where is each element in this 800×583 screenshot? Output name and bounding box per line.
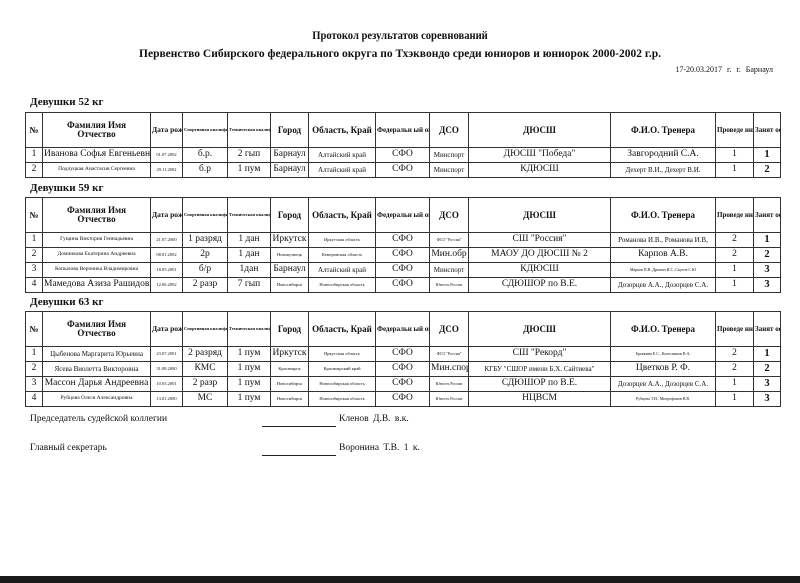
col-header-dso: ДСО: [430, 312, 469, 347]
cell-school: СШ "Россия": [469, 233, 611, 248]
cell-federal: СФО: [376, 278, 430, 293]
col-header-school: ДЮСШ: [469, 312, 611, 347]
col-header-bouts: Проведе нные бои: [716, 113, 754, 148]
cell-federal: СФО: [376, 377, 430, 392]
cell-sport: 2 разр: [183, 278, 228, 293]
cell-name: Копылова Вероника Владимировна: [43, 263, 151, 278]
results-table: №Фамилия ИмяОтчествоДата рожден ияСпорти…: [25, 112, 781, 178]
cell-dso: Мин.спорт: [430, 362, 469, 377]
cell-place: 2: [754, 163, 781, 178]
cell-dso: Минспорт: [430, 263, 469, 278]
cell-region: Алтайский край: [309, 263, 376, 278]
cell-num: 1: [26, 233, 43, 248]
scan-edge: [0, 576, 800, 583]
cell-tech: 1 пум: [228, 362, 271, 377]
cell-federal: СФО: [376, 248, 430, 263]
cell-school: КДЮСШ: [469, 263, 611, 278]
cell-place: 3: [754, 392, 781, 407]
cell-bouts: 1: [716, 148, 754, 163]
table-row: 3Копылова Вероника Владимировна18.05.200…: [26, 263, 781, 278]
cell-coach: Бровкина Е.С., Колесников В.А,: [611, 347, 716, 362]
cell-birth: 23.07.2001: [151, 347, 183, 362]
cell-dso: Юность России: [430, 278, 469, 293]
col-header-coach: Ф.И.О. Тренера: [611, 198, 716, 233]
cell-bouts: 2: [716, 362, 754, 377]
cell-birth: 18.05.2001: [151, 263, 183, 278]
table-row: 1Иванова Софья Евгеньевна01.07.2002б.р.2…: [26, 148, 781, 163]
cell-num: 1: [26, 347, 43, 362]
cell-place: 1: [754, 148, 781, 163]
cell-dso: Юность России: [430, 377, 469, 392]
cell-school: НЦВСМ: [469, 392, 611, 407]
cell-coach: Дозорцев А.А., Дозорцев С.А.: [611, 377, 716, 392]
col-header-coach: Ф.И.О. Тренера: [611, 113, 716, 148]
cell-coach: Карпов А.В.: [611, 248, 716, 263]
event-city: г. Барнаул: [736, 65, 773, 74]
date-location: 17-20.03.2017 г. г. Барнаул: [675, 65, 773, 74]
cell-region: Кемеровская область: [309, 248, 376, 263]
col-header-city: Город: [271, 312, 309, 347]
col-header-place: Занят ое место: [754, 198, 781, 233]
cell-tech: 1 дан: [228, 233, 271, 248]
cell-city: Иркутск: [271, 347, 309, 362]
cell-name: Массон Дарья Андреевна: [43, 377, 151, 392]
protocol-page: Протокол результатов соревнований Первен…: [0, 0, 800, 583]
signature-role-chairman: Председатель судейской коллегии: [30, 414, 167, 424]
col-header-city: Город: [271, 198, 309, 233]
cell-birth: 08.01.2002: [151, 248, 183, 263]
signature-line: [262, 416, 336, 427]
cell-school: СШ "Рекорд": [469, 347, 611, 362]
cell-sport: 2 разр: [183, 377, 228, 392]
col-header-sport-qual: Спортивная квалификац ия: [183, 198, 228, 233]
cell-coach: Дозорцев А.А., Дозорцев С.А.: [611, 278, 716, 293]
cell-sport: б.р: [183, 163, 228, 178]
table-row: 4Мамедова Азиза Рашидовна12.06.20022 раз…: [26, 278, 781, 293]
cell-birth: 01.07.2002: [151, 148, 183, 163]
cell-coach: Цветков Р. Ф.: [611, 362, 716, 377]
col-header-name-line2: Отчество: [44, 329, 149, 338]
cell-city: Новосибирск: [271, 377, 309, 392]
col-header-num: №: [26, 113, 43, 148]
cell-city: Барнаул: [271, 148, 309, 163]
cell-dso: ФСО "Россия": [430, 233, 469, 248]
cell-federal: СФО: [376, 392, 430, 407]
table-row: 1Цыбенова Маргарита Юрьевна23.07.20012 р…: [26, 347, 781, 362]
cell-num: 3: [26, 377, 43, 392]
event-dates: 17-20.03.2017 г.: [675, 65, 731, 74]
document-subtitle: Первенство Сибирского федерального округ…: [0, 48, 800, 60]
cell-tech: 1 пум: [228, 347, 271, 362]
signature-name-chairman: Кленов Д.В. в.к.: [339, 414, 409, 424]
cell-place: 2: [754, 362, 781, 377]
cell-bouts: 1: [716, 377, 754, 392]
cell-federal: СФО: [376, 148, 430, 163]
cell-sport: 2р: [183, 248, 228, 263]
cell-coach: Дехерт В.И., Дехерт В.И.: [611, 163, 716, 178]
col-header-coach: Ф.И.О. Тренера: [611, 312, 716, 347]
cell-place: 3: [754, 263, 781, 278]
col-header-region: Область, Край: [309, 312, 376, 347]
cell-region: Иркутская область: [309, 233, 376, 248]
cell-bouts: 1: [716, 163, 754, 178]
col-header-name: Фамилия ИмяОтчество: [43, 198, 151, 233]
col-header-dso: ДСО: [430, 113, 469, 148]
cell-school: ДЮСШ "Победа": [469, 148, 611, 163]
section-title: Девушки 59 кг: [30, 182, 103, 194]
col-header-school: ДЮСШ: [469, 198, 611, 233]
cell-birth: 31.08.2000: [151, 362, 183, 377]
cell-birth: 21.07.2000: [151, 233, 183, 248]
table-row: 2Доминкова Екатерина Андреевна08.01.2002…: [26, 248, 781, 263]
cell-region: Алтайский край: [309, 163, 376, 178]
cell-region: Красноярский край: [309, 362, 376, 377]
cell-tech: 1дан: [228, 263, 271, 278]
cell-sport: МС: [183, 392, 228, 407]
cell-num: 3: [26, 263, 43, 278]
results-table: №Фамилия ИмяОтчествоДата рожден ияСпорти…: [25, 197, 781, 293]
col-header-name-line2: Отчество: [44, 130, 149, 139]
col-header-birth: Дата рожден ия: [151, 198, 183, 233]
cell-num: 4: [26, 392, 43, 407]
cell-sport: б/р: [183, 263, 228, 278]
cell-place: 3: [754, 377, 781, 392]
cell-school: КГБУ "СШОР имени Б.Х. Сайтиева": [469, 362, 611, 377]
cell-city: Иркутск: [271, 233, 309, 248]
cell-birth: 13.01.2000: [151, 392, 183, 407]
col-header-tech-qual: Техническая квалификац ия: [228, 113, 271, 148]
cell-federal: СФО: [376, 163, 430, 178]
table-header-row: №Фамилия ИмяОтчествоДата рожден ияСпорти…: [26, 198, 781, 233]
cell-coach: Рубцова Т.И., Митрофанов В.В.: [611, 392, 716, 407]
cell-tech: 2 гып: [228, 148, 271, 163]
cell-birth: 12.06.2002: [151, 278, 183, 293]
cell-federal: СФО: [376, 233, 430, 248]
cell-federal: СФО: [376, 362, 430, 377]
cell-name: Доминкова Екатерина Андреевна: [43, 248, 151, 263]
col-header-federal: Федеральн ый округ: [376, 312, 430, 347]
cell-city: Красноярск: [271, 362, 309, 377]
cell-city: Новосибирск: [271, 392, 309, 407]
cell-num: 1: [26, 148, 43, 163]
cell-bouts: 1: [716, 263, 754, 278]
cell-federal: СФО: [376, 263, 430, 278]
col-header-dso: ДСО: [430, 198, 469, 233]
col-header-num: №: [26, 198, 43, 233]
table-row: 2Ясева Виолетта Викторовна31.08.2000КМС1…: [26, 362, 781, 377]
col-header-tech-qual: Техническая квалификац ия: [228, 312, 271, 347]
col-header-sport-qual: Спортивная квалификац ия: [183, 312, 228, 347]
cell-sport: б.р.: [183, 148, 228, 163]
cell-region: Новосибирская область: [309, 392, 376, 407]
cell-num: 4: [26, 278, 43, 293]
cell-place: 2: [754, 248, 781, 263]
cell-school: СДЮШОР по В.Е.: [469, 278, 611, 293]
cell-tech: 1 пум: [228, 377, 271, 392]
cell-name: Рубцова Олеся Александровна: [43, 392, 151, 407]
col-header-sport-qual: Спортивная квалификац ия: [183, 113, 228, 148]
cell-place: 3: [754, 278, 781, 293]
cell-city: Барнаул: [271, 263, 309, 278]
cell-name: Подлуцкая Анастасия Сергеевна: [43, 163, 151, 178]
col-header-region: Область, Край: [309, 198, 376, 233]
cell-name: Иванова Софья Евгеньевна: [43, 148, 151, 163]
cell-dso: Юность России: [430, 392, 469, 407]
col-header-birth: Дата рожден ия: [151, 312, 183, 347]
col-header-bouts: Проведе нные бои: [716, 312, 754, 347]
cell-coach: Романова И.В., Романова И.В,: [611, 233, 716, 248]
section-title: Девушки 63 кг: [30, 296, 103, 308]
col-header-name-line2: Отчество: [44, 215, 149, 224]
cell-region: Иркутская область: [309, 347, 376, 362]
col-header-name: Фамилия ИмяОтчество: [43, 113, 151, 148]
cell-tech: 1 пум: [228, 163, 271, 178]
results-table: №Фамилия ИмяОтчествоДата рожден ияСпорти…: [25, 311, 781, 407]
col-header-school: ДЮСШ: [469, 113, 611, 148]
table-row: 1Гущина Виктория Геннадьевна21.07.20001 …: [26, 233, 781, 248]
col-header-num: №: [26, 312, 43, 347]
cell-name: Гущина Виктория Геннадьевна: [43, 233, 151, 248]
col-header-place: Занят ое место: [754, 312, 781, 347]
cell-city: Новокузнецк: [271, 248, 309, 263]
cell-tech: 7 гып: [228, 278, 271, 293]
section-title: Девушки 52 кг: [30, 96, 103, 108]
cell-dso: Минспорт: [430, 148, 469, 163]
col-header-tech-qual: Техническая квалификац ия: [228, 198, 271, 233]
cell-dso: ФСО "Россия": [430, 347, 469, 362]
signature-role-secretary: Главный секретарь: [30, 443, 107, 453]
cell-sport: 1 разряд: [183, 233, 228, 248]
col-header-region: Область, Край: [309, 113, 376, 148]
cell-dso: Мин.обр: [430, 248, 469, 263]
cell-birth: 10.03.2001: [151, 377, 183, 392]
cell-bouts: 2: [716, 233, 754, 248]
cell-coach: Завгородний С.А.: [611, 148, 716, 163]
cell-bouts: 2: [716, 248, 754, 263]
col-header-birth: Дата рожден ия: [151, 113, 183, 148]
cell-place: 1: [754, 233, 781, 248]
cell-school: КДЮСШ: [469, 163, 611, 178]
table-row: 3Массон Дарья Андреевна10.03.20012 разр1…: [26, 377, 781, 392]
cell-federal: СФО: [376, 347, 430, 362]
col-header-federal: Федеральн ый округ: [376, 198, 430, 233]
cell-num: 2: [26, 362, 43, 377]
cell-bouts: 1: [716, 392, 754, 407]
cell-school: МАОУ ДО ДЮСШ № 2: [469, 248, 611, 263]
cell-birth: 29.11.2002: [151, 163, 183, 178]
cell-coach: Марков П.В.,Дрыгин И.С.,Скутов С.Ю: [611, 263, 716, 278]
cell-sport: 2 разряд: [183, 347, 228, 362]
table-row: 4Рубцова Олеся Александровна13.01.2000МС…: [26, 392, 781, 407]
col-header-bouts: Проведе нные бои: [716, 198, 754, 233]
cell-name: Мамедова Азиза Рашидовна: [43, 278, 151, 293]
cell-bouts: 1: [716, 278, 754, 293]
cell-region: Новосибирская область: [309, 377, 376, 392]
cell-name: Ясева Виолетта Викторовна: [43, 362, 151, 377]
signature-line: [262, 445, 336, 456]
cell-num: 2: [26, 163, 43, 178]
cell-num: 2: [26, 248, 43, 263]
table-header-row: №Фамилия ИмяОтчествоДата рожден ияСпорти…: [26, 113, 781, 148]
cell-region: Новосибирская область: [309, 278, 376, 293]
cell-school: СДЮШОР по В.Е.: [469, 377, 611, 392]
table-row: 2Подлуцкая Анастасия Сергеевна29.11.2002…: [26, 163, 781, 178]
cell-dso: Минспорт: [430, 163, 469, 178]
cell-name: Цыбенова Маргарита Юрьевна: [43, 347, 151, 362]
table-header-row: №Фамилия ИмяОтчествоДата рожден ияСпорти…: [26, 312, 781, 347]
col-header-name: Фамилия ИмяОтчество: [43, 312, 151, 347]
cell-bouts: 2: [716, 347, 754, 362]
cell-tech: 1 пум: [228, 392, 271, 407]
cell-city: Барнаул: [271, 163, 309, 178]
cell-place: 1: [754, 347, 781, 362]
cell-tech: 1 дан: [228, 248, 271, 263]
signature-name-secretary: Воронина Т.В. 1 к.: [339, 443, 420, 453]
cell-city: Новосибирск: [271, 278, 309, 293]
col-header-federal: Федеральн ый округ: [376, 113, 430, 148]
col-header-city: Город: [271, 113, 309, 148]
cell-region: Алтайский край: [309, 148, 376, 163]
cell-sport: КМС: [183, 362, 228, 377]
document-title: Протокол результатов соревнований: [32, 30, 768, 42]
col-header-place: Занят ое место: [754, 113, 781, 148]
